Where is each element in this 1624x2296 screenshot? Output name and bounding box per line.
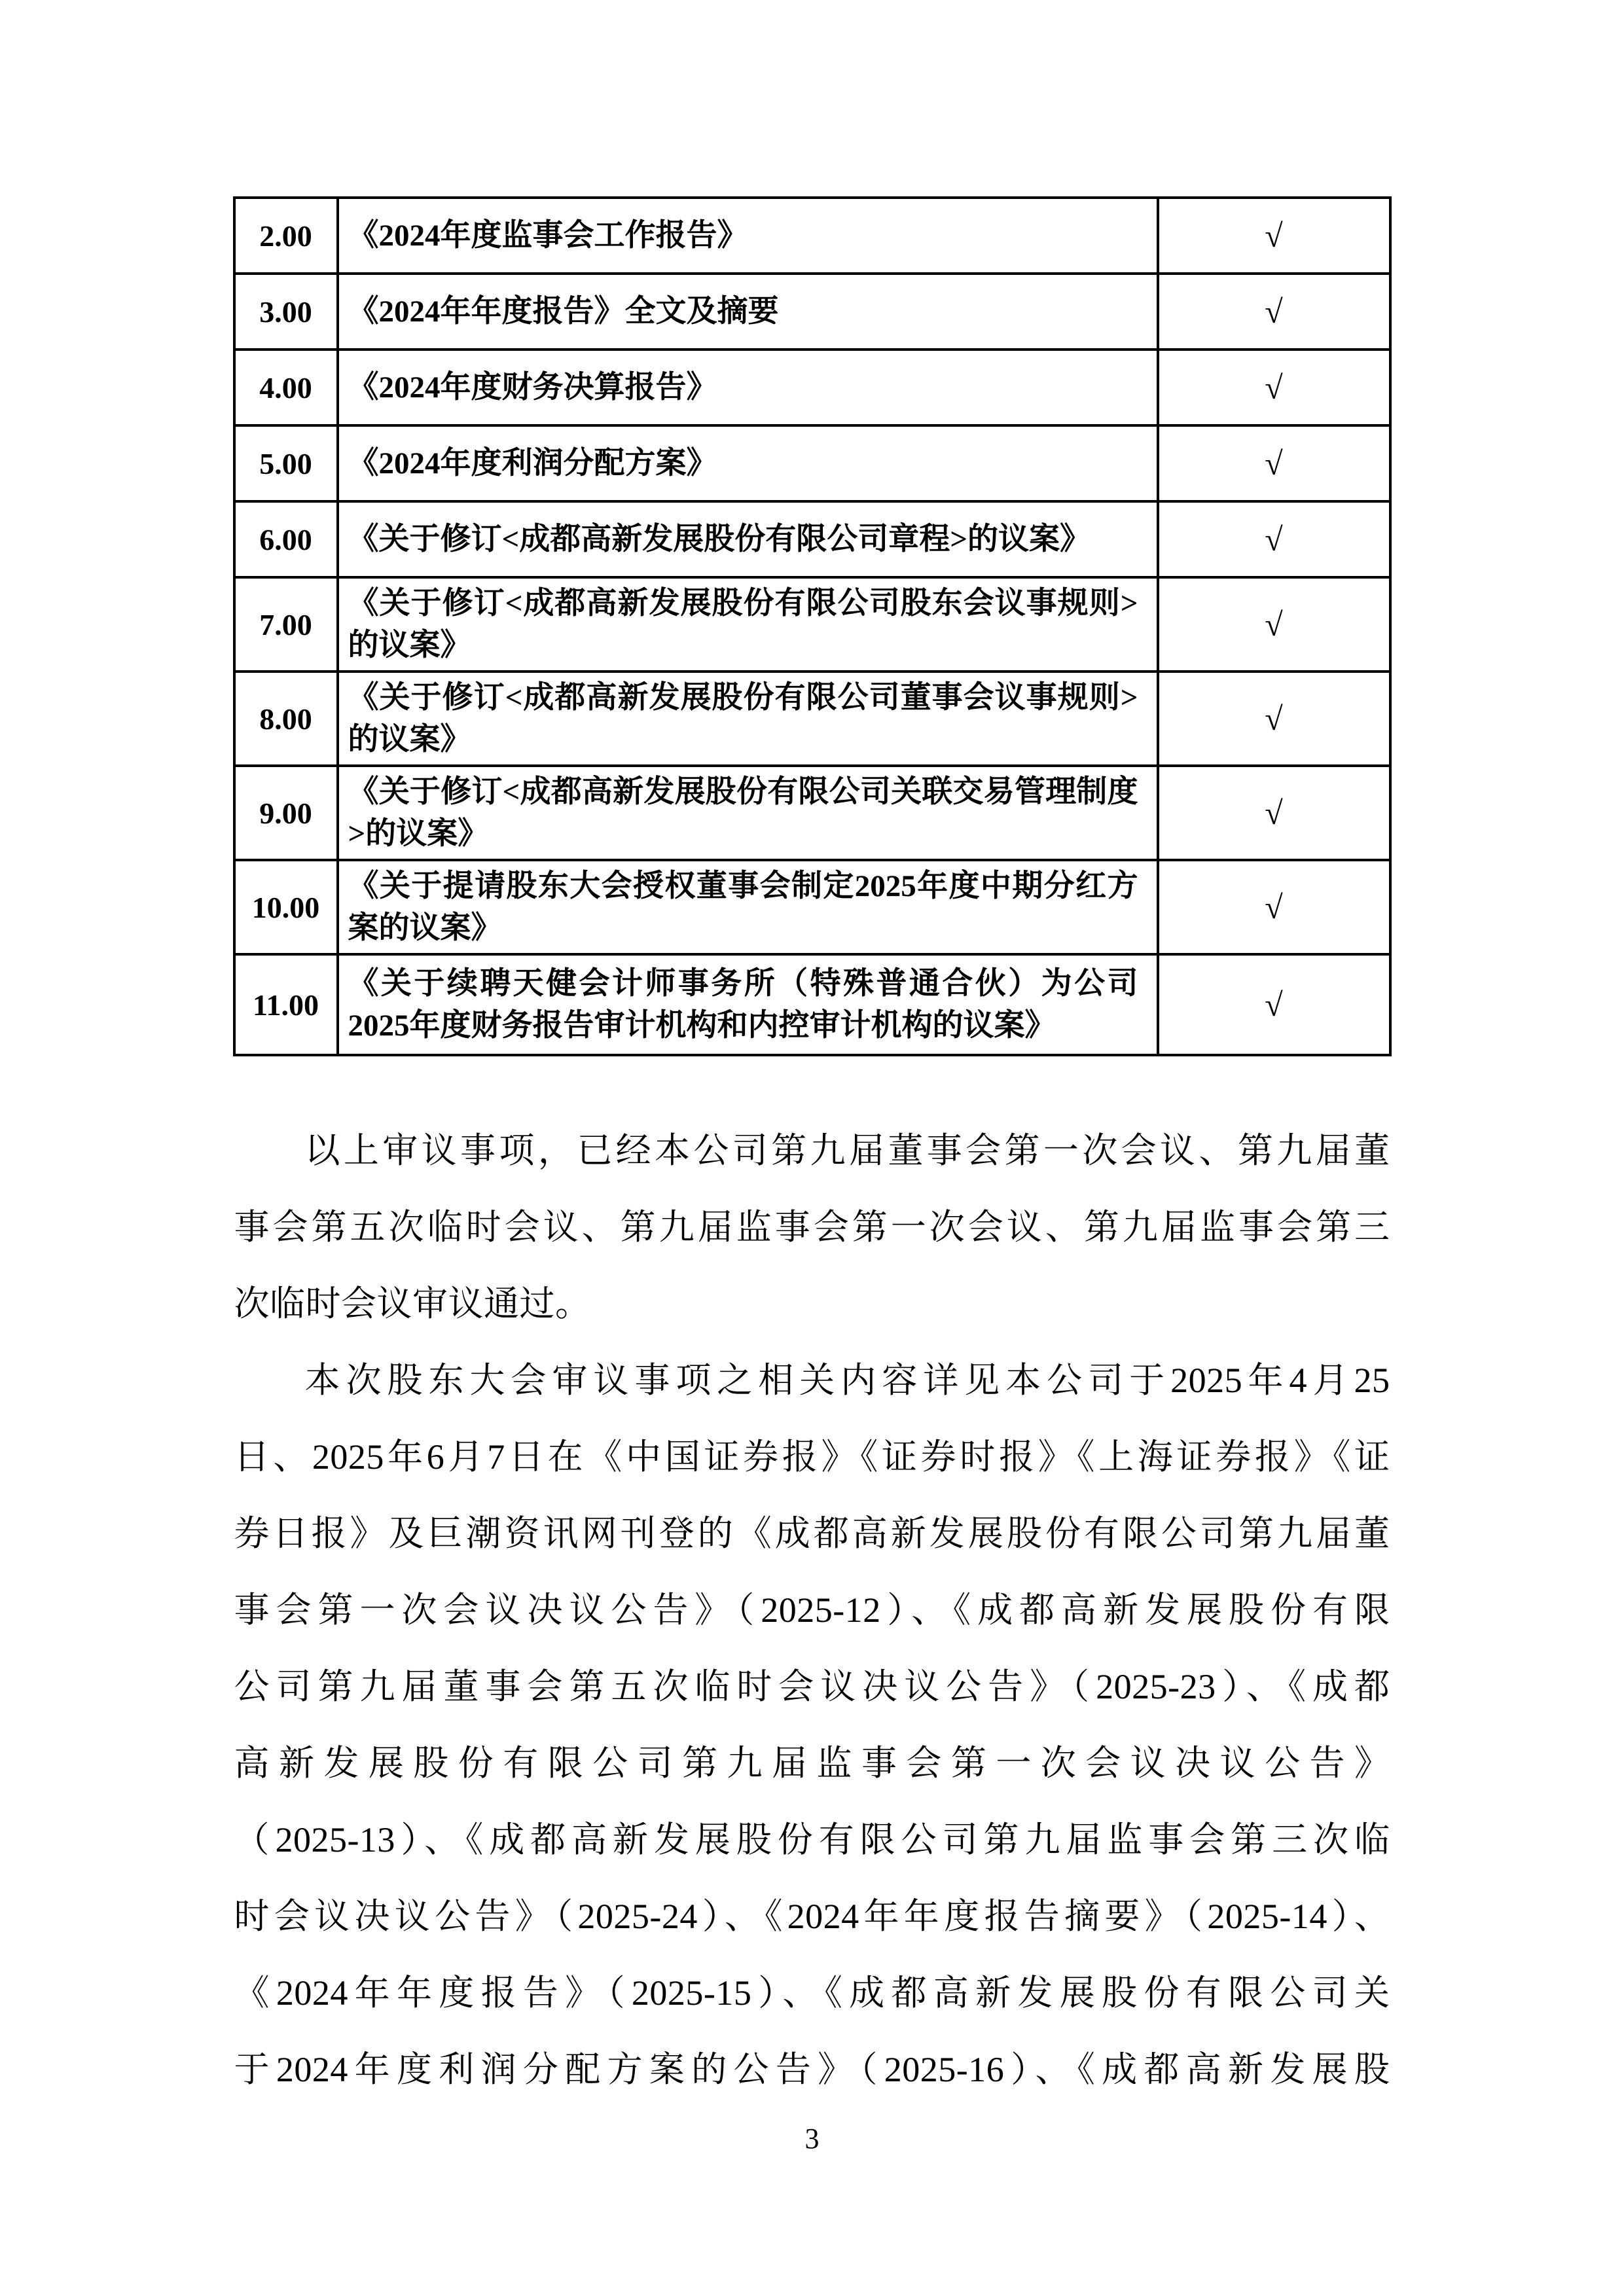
table-row: 11.00 《关于续聘天健会计师事务所（特殊普通合伙）为公司2025年度财务报告… [234, 954, 1390, 1055]
proposal-number-cell: 2.00 [234, 198, 338, 274]
vote-checkmark-cell: √ [1158, 954, 1390, 1055]
document-page: 2.00 《2024年度监事会工作报告》 √ 3.00 《2024年年度报告》全… [0, 0, 1624, 2296]
approval-items-table: 2.00 《2024年度监事会工作报告》 √ 3.00 《2024年年度报告》全… [233, 196, 1392, 1056]
table-row: 6.00 《关于修订<成都高新发展股份有限公司章程>的议案》 √ [234, 501, 1390, 577]
proposal-title-cell: 《2024年度财务决算报告》 [338, 350, 1158, 425]
proposal-number-cell: 3.00 [234, 274, 338, 350]
proposal-title-cell: 《关于提请股东大会授权董事会制定2025年度中期分红方案的议案》 [338, 860, 1158, 954]
vote-checkmark-cell: √ [1158, 766, 1390, 860]
paragraph-line: 券日报》及巨潮资讯网刊登的《成都高新发展股份有限公司第九届董 [234, 1496, 1390, 1572]
paragraph-line: 日、2025年6月7日在《中国证券报》《证券时报》《上海证券报》《证 [234, 1419, 1390, 1496]
proposal-title-cell: 《2024年度监事会工作报告》 [338, 198, 1158, 274]
proposal-number-cell: 7.00 [234, 577, 338, 672]
paragraph-line: 高新发展股份有限公司第九届监事会第一次会议决议公告》 [234, 1725, 1390, 1802]
vote-checkmark-cell: √ [1158, 672, 1390, 766]
vote-checkmark-cell: √ [1158, 425, 1390, 501]
page-number: 3 [0, 2122, 1624, 2155]
vote-checkmark-cell: √ [1158, 577, 1390, 672]
vote-checkmark-cell: √ [1158, 274, 1390, 350]
paragraph-line: 于2024年度利润分配方案的公告》（2025-16）、《成都高新发展股 [234, 2032, 1390, 2108]
vote-checkmark-cell: √ [1158, 350, 1390, 425]
proposal-title-cell: 《关于续聘天健会计师事务所（特殊普通合伙）为公司2025年度财务报告审计机构和内… [338, 954, 1158, 1055]
proposal-number-cell: 10.00 [234, 860, 338, 954]
proposal-title-cell: 《2024年度利润分配方案》 [338, 425, 1158, 501]
approval-items-table-body: 2.00 《2024年度监事会工作报告》 √ 3.00 《2024年年度报告》全… [234, 198, 1390, 1055]
proposal-number-cell: 11.00 [234, 954, 338, 1055]
paragraph-line: 次临时会议审议通过。 [234, 1266, 1390, 1342]
proposal-number-cell: 4.00 [234, 350, 338, 425]
proposal-number-cell: 6.00 [234, 501, 338, 577]
body-text: 以上审议事项，已经本公司第九届董事会第一次会议、第九届董事会第五次临时会议、第九… [234, 1113, 1390, 2108]
table-row: 8.00 《关于修订<成都高新发展股份有限公司董事会议事规则>的议案》 √ [234, 672, 1390, 766]
paragraph-line: 以上审议事项，已经本公司第九届董事会第一次会议、第九届董 [234, 1113, 1390, 1189]
proposal-title-cell: 《关于修订<成都高新发展股份有限公司董事会议事规则>的议案》 [338, 672, 1158, 766]
paragraph: 以上审议事项，已经本公司第九届董事会第一次会议、第九届董事会第五次临时会议、第九… [234, 1113, 1390, 1342]
table-row: 2.00 《2024年度监事会工作报告》 √ [234, 198, 1390, 274]
paragraph: 本次股东大会审议事项之相关内容详见本公司于2025年4月25日、2025年6月7… [234, 1342, 1390, 2108]
paragraph-line: 时会议决议公告》（2025-24）、《2024年年度报告摘要》（2025-14）… [234, 1878, 1390, 1955]
table-row: 7.00 《关于修订<成都高新发展股份有限公司股东会议事规则>的议案》 √ [234, 577, 1390, 672]
paragraph-line: 《2024年年度报告》（2025-15）、《成都高新发展股份有限公司关 [234, 1955, 1390, 2032]
paragraph-line: 事会第一次会议决议公告》（2025-12）、《成都高新发展股份有限 [234, 1572, 1390, 1649]
proposal-title-cell: 《关于修订<成都高新发展股份有限公司章程>的议案》 [338, 501, 1158, 577]
vote-checkmark-cell: √ [1158, 501, 1390, 577]
proposal-title-cell: 《2024年年度报告》全文及摘要 [338, 274, 1158, 350]
paragraph-line: 公司第九届董事会第五次临时会议决议公告》（2025-23）、《成都 [234, 1649, 1390, 1725]
table-row: 4.00 《2024年度财务决算报告》 √ [234, 350, 1390, 425]
table-row: 9.00 《关于修订<成都高新发展股份有限公司关联交易管理制度>的议案》 √ [234, 766, 1390, 860]
paragraph-line: （2025-13）、《成都高新发展股份有限公司第九届监事会第三次临 [234, 1802, 1390, 1878]
vote-checkmark-cell: √ [1158, 860, 1390, 954]
proposal-number-cell: 8.00 [234, 672, 338, 766]
paragraph-line: 事会第五次临时会议、第九届监事会第一次会议、第九届监事会第三 [234, 1189, 1390, 1266]
proposal-number-cell: 5.00 [234, 425, 338, 501]
table-row: 10.00 《关于提请股东大会授权董事会制定2025年度中期分红方案的议案》 √ [234, 860, 1390, 954]
proposal-title-cell: 《关于修订<成都高新发展股份有限公司关联交易管理制度>的议案》 [338, 766, 1158, 860]
table-row: 3.00 《2024年年度报告》全文及摘要 √ [234, 274, 1390, 350]
vote-checkmark-cell: √ [1158, 198, 1390, 274]
paragraph-line: 本次股东大会审议事项之相关内容详见本公司于2025年4月25 [234, 1342, 1390, 1419]
proposal-title-cell: 《关于修订<成都高新发展股份有限公司股东会议事规则>的议案》 [338, 577, 1158, 672]
proposal-number-cell: 9.00 [234, 766, 338, 860]
table-row: 5.00 《2024年度利润分配方案》 √ [234, 425, 1390, 501]
